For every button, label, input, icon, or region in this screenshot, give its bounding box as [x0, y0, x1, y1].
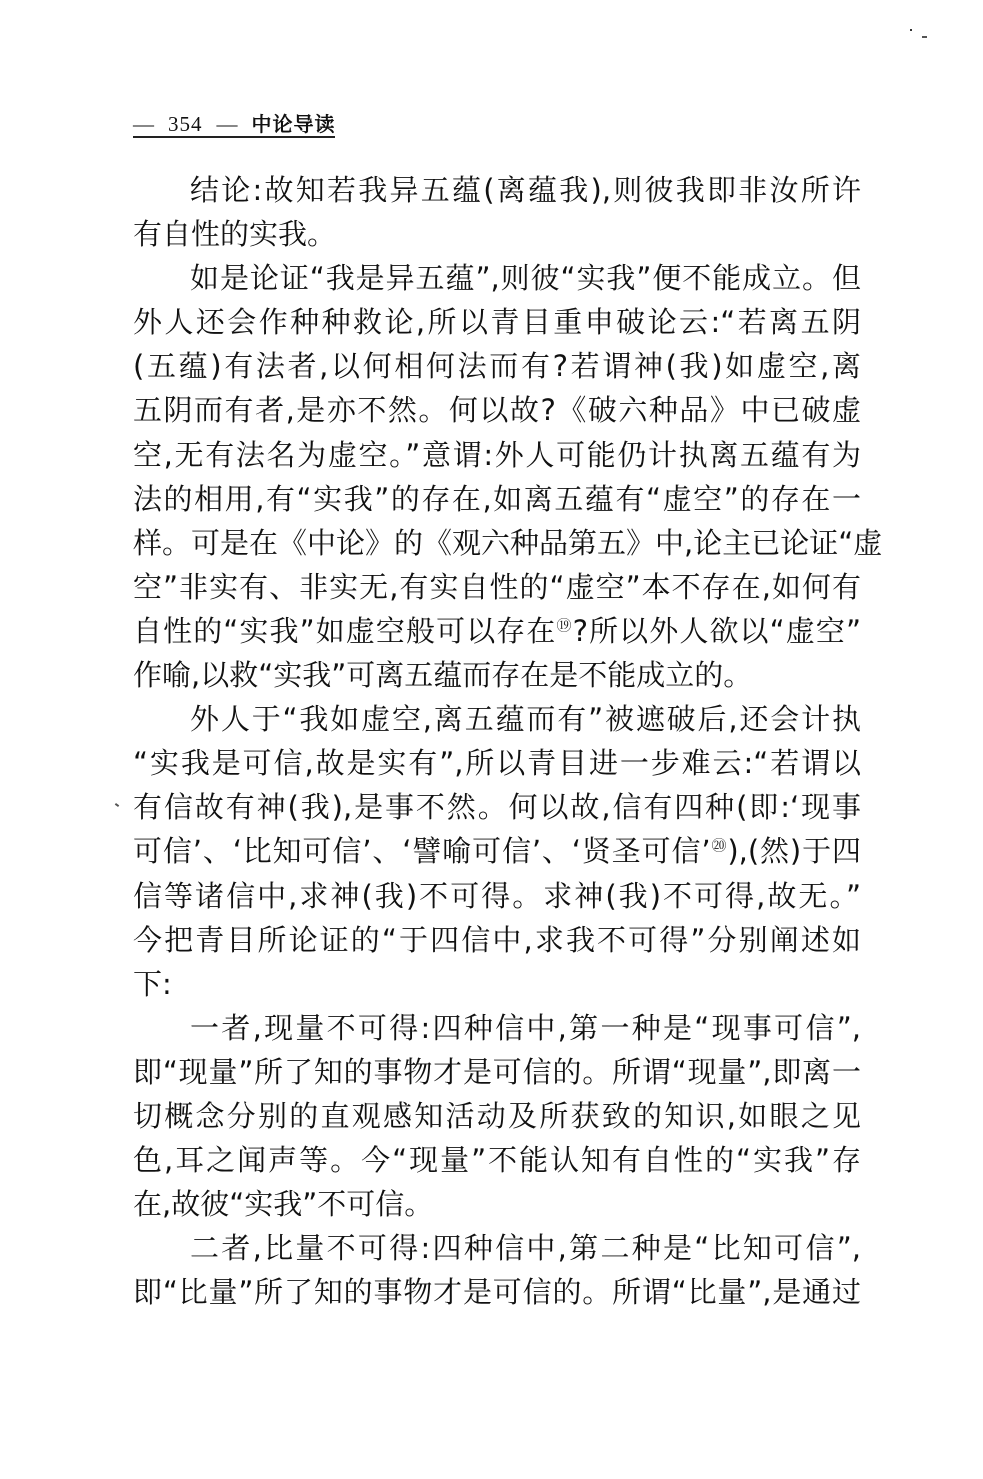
paragraph-inference: 二者,比量不可得:四种信中,第二种是“比知可信”, 即“比量”所了知的事物才是可…: [133, 1226, 861, 1314]
text-line: (五蕴)有法者,以何相何法而有?若谓神(我)如虚空,离: [133, 344, 861, 388]
text-line: 外人于“我如虚空,离五蕴而有”被遮破后,还会计执: [133, 697, 861, 741]
text-line: 一者,现量不可得:四种信中,第一种是“现事可信”,: [133, 1006, 861, 1050]
text-line: 有信故有神(我),是事不然。何以故,信有四种(即:‘现事: [133, 785, 861, 829]
text-line: 即“比量”所了知的事物才是可信的。所谓“比量”,是通过: [133, 1270, 861, 1314]
text-line: 五阴而有者,是亦不然。何以故?《破六种品》中已破虚: [133, 388, 861, 432]
text-line: 空,无有法名为虚空。”意谓:外人可能仍计执离五蕴有为: [133, 433, 861, 477]
scan-speck: [922, 36, 927, 38]
footnote-marker-20[interactable]: ⑳: [711, 837, 728, 855]
footnote-marker-19[interactable]: ⑲: [556, 616, 572, 634]
page-number: 354: [168, 112, 203, 136]
scan-speck: [910, 29, 912, 31]
text-line: 切概念分别的直观感知活动及所获致的知识,如眼之见: [133, 1094, 861, 1138]
text-line: 下:: [133, 962, 861, 1006]
text-line: 二者,比量不可得:四种信中,第二种是“比知可信”,: [133, 1226, 861, 1270]
text-segment: 自性的“实我”如虚空般可以存在: [133, 614, 556, 648]
text-segment: 可信’、‘比知可信’、‘譬喻可信’、‘贤圣可信’: [133, 834, 711, 868]
text-line: 信等诸信中,求神(我)不可得。求神(我)不可得,故无。”: [133, 874, 861, 918]
paragraph-four-kinds-of-trust: 外人于“我如虚空,离五蕴而有”被遮破后,还会计执 “实我是可信,故是实有”,所以…: [133, 697, 861, 1006]
paragraph-perception: 一者,现量不可得:四种信中,第一种是“现事可信”, 即“现量”所了知的事物才是可…: [133, 1006, 861, 1226]
text-line: 如是论证“我是异五蕴”,则彼“实我”便不能成立。但: [133, 256, 861, 300]
text-segment: ),(然)于四: [727, 834, 861, 868]
running-head-dash-left: —: [133, 112, 154, 136]
text-line: 外人还会作种种救论,所以青目重申破论云:“若离五阴: [133, 300, 861, 344]
running-head-dash-right: —: [217, 112, 238, 136]
scan-speck: [115, 803, 119, 807]
text-line: “实我是可信,故是实有”,所以青目进一步难云:“若谓以: [133, 741, 861, 785]
text-line: 样。可是在《中论》的《观六种品第五》中,论主已论证“虚: [133, 521, 861, 565]
text-line-with-footnote: 自性的“实我”如虚空般可以存在⑲?所以外人欲以“虚空”: [133, 609, 861, 653]
text-line: 法的相用,有“实我”的存在,如离五蕴有“虚空”的存在一: [133, 477, 861, 521]
text-line: 有自性的实我。: [133, 212, 861, 256]
text-line: 今把青目所论证的“于四信中,求我不可得”分别阐述如: [133, 918, 861, 962]
paragraph-conclusion: 结论:故知若我异五蕴(离蕴我),则彼我即非汝所许 有自性的实我。: [133, 168, 861, 256]
text-line: 在,故彼“实我”不可信。: [133, 1182, 861, 1226]
book-page: — 354 — 中论导读 结论:故知若我异五蕴(离蕴我),则彼我即非汝所许 有自…: [0, 0, 983, 1479]
book-title: 中论导读: [252, 112, 336, 136]
text-line: 即“现量”所了知的事物才是可信的。所谓“现量”,即离一: [133, 1050, 861, 1094]
paragraph-space-analogy: 如是论证“我是异五蕴”,则彼“实我”便不能成立。但 外人还会作种种救论,所以青目…: [133, 256, 861, 697]
body-text: 结论:故知若我异五蕴(离蕴我),则彼我即非汝所许 有自性的实我。 如是论证“我是…: [133, 168, 861, 1314]
text-line: 色,耳之闻声等。今“现量”不能认知有自性的“实我”存: [133, 1138, 861, 1182]
text-segment: ?所以外人欲以“虚空”: [573, 614, 861, 648]
running-head: — 354 — 中论导读: [133, 110, 335, 138]
text-line-with-footnote: 可信’、‘比知可信’、‘譬喻可信’、‘贤圣可信’⑳),(然)于四: [133, 829, 861, 873]
text-line: 作喻,以救“实我”可离五蕴而存在是不能成立的。: [133, 653, 861, 697]
text-line: 结论:故知若我异五蕴(离蕴我),则彼我即非汝所许: [133, 168, 861, 212]
text-line: 空”非实有、非实无,有实自性的“虚空”本不存在,如何有: [133, 565, 861, 609]
